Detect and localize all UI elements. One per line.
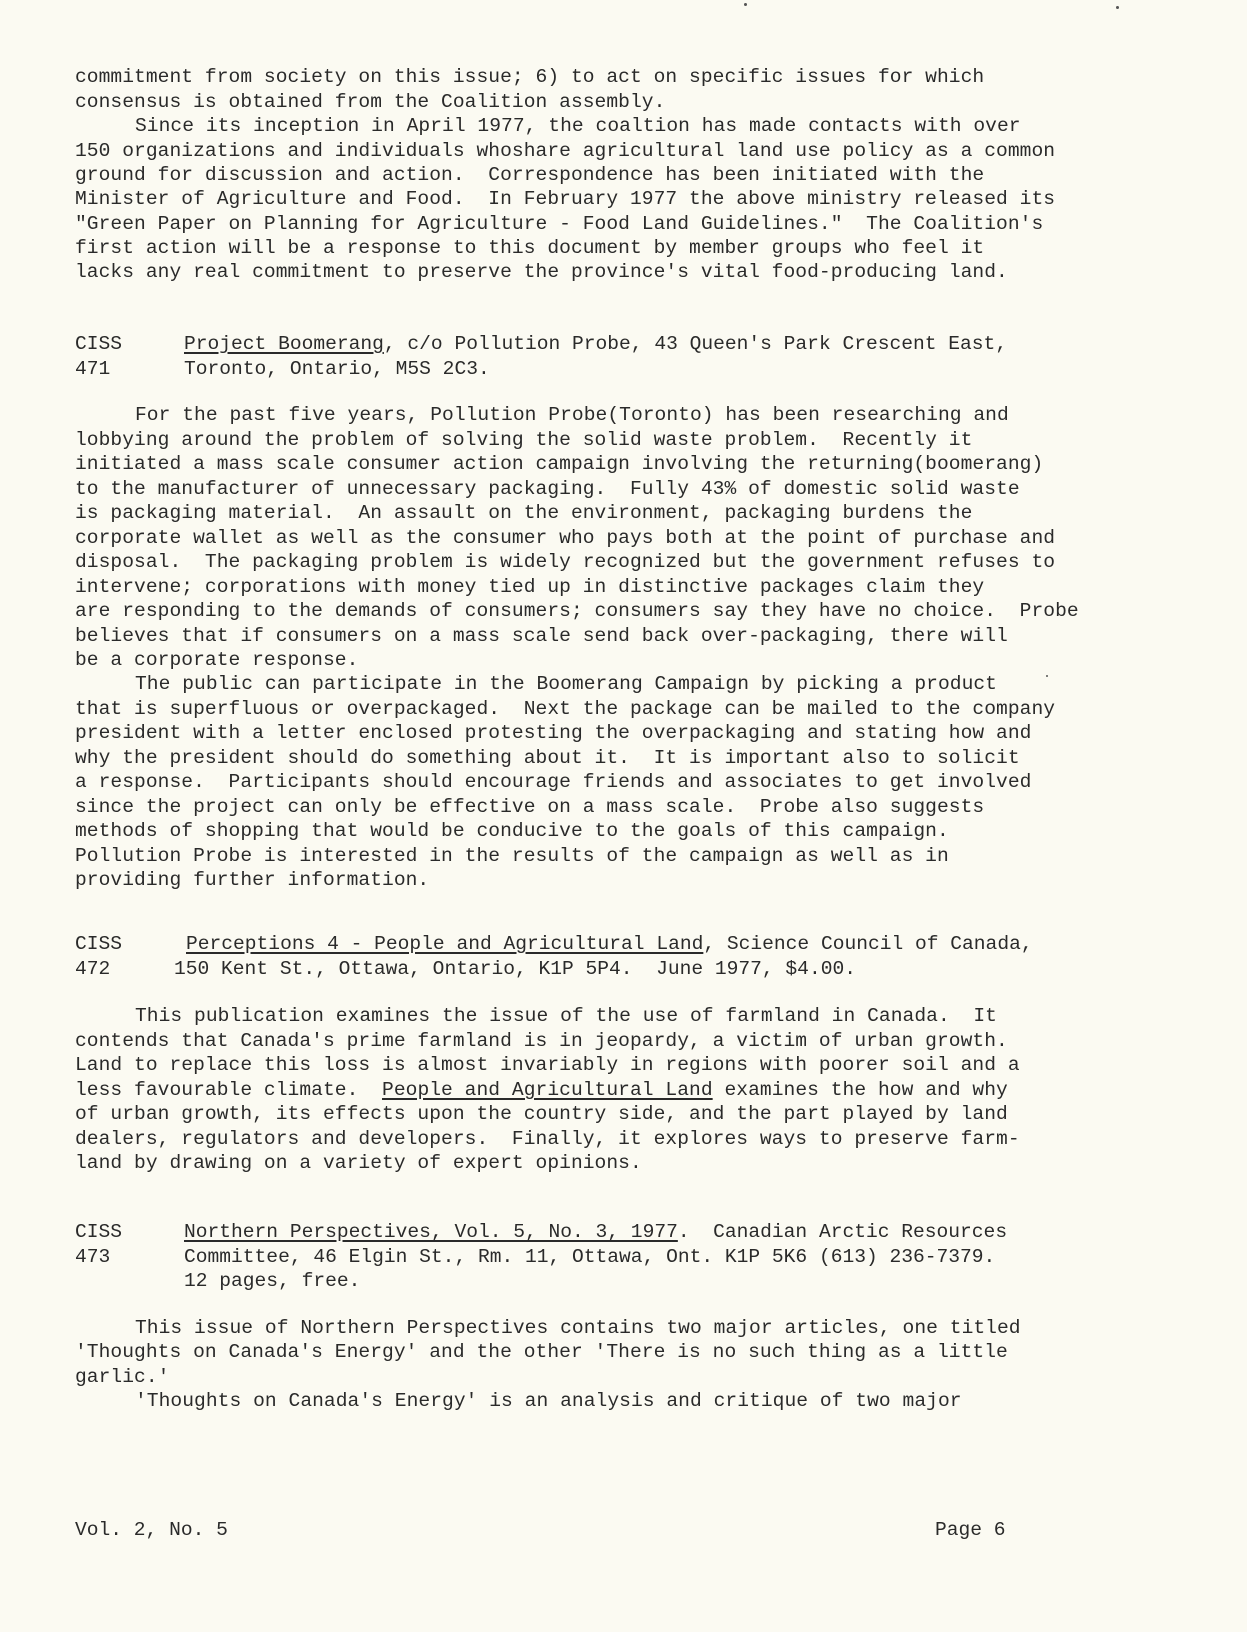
text-line: 'Thoughts on Canada's Energy' and the ot… bbox=[75, 1340, 1008, 1365]
entry-address: Toronto, Ontario, M5S 2C3. bbox=[184, 357, 490, 382]
text-line: "Green Paper on Planning for Agriculture… bbox=[75, 212, 1043, 237]
text-line: Minister of Agriculture and Food. In Feb… bbox=[75, 187, 1055, 212]
text-line: lacks any real commitment to preserve th… bbox=[75, 260, 1008, 285]
text-line: methods of shopping that would be conduc… bbox=[75, 819, 949, 844]
text-segment: less favourable climate. bbox=[75, 1079, 382, 1101]
text-line: of urban growth, its effects upon the co… bbox=[75, 1102, 1008, 1127]
text-line: president with a letter enclosed protest… bbox=[75, 721, 1031, 746]
entry-header-rest: , Science Council of Canada, bbox=[703, 933, 1032, 955]
entry-address: Committee, 46 Elgin St., Rm. 11, Ottawa,… bbox=[184, 1245, 995, 1270]
entry-header-rest: . Canadian Arctic Resources bbox=[678, 1221, 1007, 1243]
inline-title: People and Agricultural Land bbox=[382, 1079, 713, 1101]
entry-number: 471 bbox=[75, 357, 110, 382]
text-line: believes that if consumers on a mass sca… bbox=[75, 624, 1008, 649]
entry-pages: 12 pages, free. bbox=[184, 1269, 360, 1294]
text-line: This issue of Northern Perspectives cont… bbox=[135, 1316, 1021, 1341]
entry-header: Northern Perspectives, Vol. 5, No. 3, 19… bbox=[184, 1220, 1007, 1245]
text-line: Land to replace this loss is almost inva… bbox=[75, 1053, 1020, 1078]
text-line: This publication examines the issue of t… bbox=[135, 1004, 997, 1029]
text-line: 'Thoughts on Canada's Energy' is an anal… bbox=[135, 1389, 962, 1414]
text-line: land by drawing on a variety of expert o… bbox=[75, 1151, 642, 1176]
text-line: Pollution Probe is interested in the res… bbox=[75, 844, 949, 869]
text-line: intervene; corporations with money tied … bbox=[75, 575, 984, 600]
entry-code: CISS bbox=[75, 932, 122, 957]
text-line: commitment from society on this issue; 6… bbox=[75, 65, 984, 90]
text-line: that is superfluous or overpackaged. Nex… bbox=[75, 697, 1055, 722]
entry-title: Project Boomerang bbox=[184, 333, 384, 355]
text-line: dealers, regulators and developers. Fina… bbox=[75, 1127, 1020, 1152]
text-line: Since its inception in April 1977, the c… bbox=[135, 114, 1021, 139]
text-line: corporate wallet as well as the consumer… bbox=[75, 526, 1055, 551]
entry-code: CISS bbox=[75, 332, 122, 357]
entry-number: 472 bbox=[75, 957, 110, 982]
page-number: Page 6 bbox=[935, 1518, 1006, 1543]
entry-header: Perceptions 4 - People and Agricultural … bbox=[186, 932, 1033, 957]
entry-code: CISS bbox=[75, 1220, 122, 1245]
text-line: since the project can only be effective … bbox=[75, 795, 984, 820]
text-line: be a corporate response. bbox=[75, 648, 358, 673]
text-line: a response. Participants should encourag… bbox=[75, 770, 1031, 795]
entry-address: 150 Kent St., Ottawa, Ontario, K1P 5P4. … bbox=[174, 957, 856, 982]
entry-header-rest: , c/o Pollution Probe, 43 Queen's Park C… bbox=[384, 333, 1007, 355]
text-line: contends that Canada's prime farmland is… bbox=[75, 1029, 1008, 1054]
text-line: why the president should do something ab… bbox=[75, 746, 1020, 771]
text-line: consensus is obtained from the Coalition… bbox=[75, 90, 665, 115]
text-line: providing further information. bbox=[75, 868, 429, 893]
entry-header: Project Boomerang, c/o Pollution Probe, … bbox=[184, 332, 1007, 357]
text-line: initiated a mass scale consumer action c… bbox=[75, 452, 1043, 477]
text-line: less favourable climate. People and Agri… bbox=[75, 1078, 1008, 1103]
scan-speck bbox=[1116, 6, 1119, 9]
text-line: The public can participate in the Boomer… bbox=[135, 672, 997, 697]
scan-speck bbox=[744, 3, 747, 6]
volume-number: Vol. 2, No. 5 bbox=[75, 1518, 228, 1543]
text-line: 150 organizations and individuals whosha… bbox=[75, 139, 1055, 164]
text-line: first action will be a response to this … bbox=[75, 236, 984, 261]
entry-title: Northern Perspectives, Vol. 5, No. 3, 19… bbox=[184, 1221, 678, 1243]
text-line: disposal. The packaging problem is widel… bbox=[75, 550, 1055, 575]
text-line: lobbying around the problem of solving t… bbox=[75, 428, 972, 453]
scan-speck bbox=[1046, 675, 1048, 677]
text-line: garlic.' bbox=[75, 1365, 169, 1390]
entry-title: Perceptions 4 - People and Agricultural … bbox=[186, 933, 703, 955]
text-line: is packaging material. An assault on the… bbox=[75, 501, 972, 526]
text-line: For the past five years, Pollution Probe… bbox=[135, 403, 1009, 428]
text-line: ground for discussion and action. Corres… bbox=[75, 163, 984, 188]
entry-number: 473 bbox=[75, 1245, 110, 1270]
text-line: to the manufacturer of unnecessary packa… bbox=[75, 477, 1020, 502]
text-segment: examines the how and why bbox=[713, 1079, 1008, 1101]
text-line: are responding to the demands of consume… bbox=[75, 599, 1079, 624]
